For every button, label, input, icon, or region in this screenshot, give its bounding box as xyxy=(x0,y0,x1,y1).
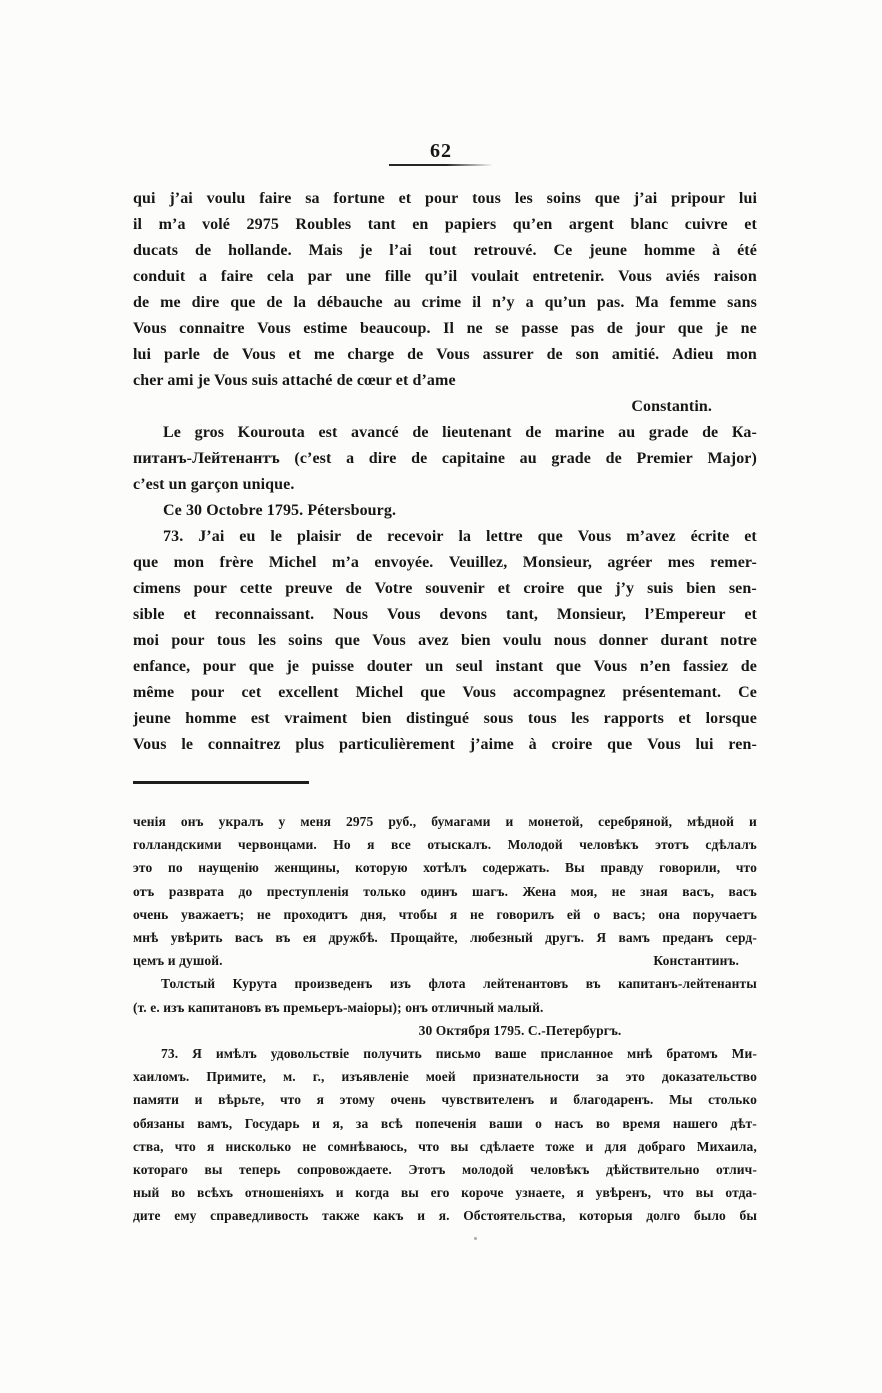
text-line: питанъ-Лейтенантъ(c’estadiredecapitainea… xyxy=(133,446,757,472)
text-line: Vousleconnaitrezplusparticulièrementj’ai… xyxy=(133,732,757,758)
justified-lines: 73.J’aieuleplaisirderecevoirlalettrequeV… xyxy=(133,524,757,758)
text-line: luiparledeVousetmechargedeVousassurerdes… xyxy=(133,342,757,368)
text-line: цемъ и душой. xyxy=(133,949,223,972)
text-line: оченьуважаетъ;непроходитъдня,чтобыянегов… xyxy=(133,903,757,926)
text-line: cimenspourcettepreuvedeVotresouveniretcr… xyxy=(133,576,757,602)
page-header: 62 xyxy=(0,140,882,166)
footnote-para-73-translation: 73.Яимѣлъудовольствіеполучитьписьмовашеп… xyxy=(133,1042,757,1228)
text-line: этопонаущеніюженщины,которуюхотѣлъсодерж… xyxy=(133,856,757,879)
text-line: мнѣувѣритьвасъвъеядружбѣ.Прощайте,любезн… xyxy=(133,926,757,949)
text-line: mêmepourcetexcellentMichelqueVousaccompa… xyxy=(133,680,757,706)
dateline-footnote: 30 Октября 1795. С.-Петербургъ. xyxy=(133,1019,757,1042)
text-line: c’est un garçon unique. xyxy=(133,472,757,498)
text-line: голландскимичервонцами.Ноявсеотыскалъ.Мо… xyxy=(133,833,757,856)
text-line: demedirequedeladébaucheaucrimeiln’yaqu’u… xyxy=(133,290,757,316)
text-line: ныйвовсѣхъотношеніяхъикогдавыегокорочеуз… xyxy=(133,1181,757,1204)
scan-speck xyxy=(474,1237,477,1240)
text-line: conduitafairecelaparunefillequ’ilvoulait… xyxy=(133,264,757,290)
text-line: (т. е. изъ капитановъ въ премьеръ-маіоры… xyxy=(133,996,757,1019)
footnote-para-kourouta: ТолстыйКурутапроизведенъизъфлоталейтенан… xyxy=(133,972,757,1018)
text-line: ства,чтоянискольконесомнѣваюсь,чтовысдѣл… xyxy=(133,1135,757,1158)
text-line: enfance,pourquejepuissedouterunseulinsta… xyxy=(133,654,757,680)
dateline-main: Ce 30 Octobre 1795. Pétersbourg. xyxy=(133,498,757,524)
justified-lines: quij’aivoulufairesafortuneetpourtousless… xyxy=(133,186,757,368)
text-line: ченіяонъукралъуменя2975руб.,бумагамиимон… xyxy=(133,810,757,833)
text-line: ilm’avolé2975Roublestantenpapiersqu’enar… xyxy=(133,212,757,238)
text-line: ducatsdehollande.Maisjel’aitoutretrouvé.… xyxy=(133,238,757,264)
text-line: sibleetreconnaissant.NousVousdevonstant,… xyxy=(133,602,757,628)
paragraph-letter-73: 73.J’aieuleplaisirderecevoirlalettrequeV… xyxy=(133,524,757,758)
text-line: дитеемусправедливостьтакжекакъия.Обстоят… xyxy=(133,1204,757,1227)
text-line: cher ami je Vous suis attaché de cœur et… xyxy=(133,368,757,394)
text-line: ТолстыйКурутапроизведенъизъфлоталейтенан… xyxy=(133,972,757,995)
text-line: jeunehommeestvraimentbiendistinguésousto… xyxy=(133,706,757,732)
text-line: памятиивѣрьте,чтояэтомуоченьчувствителен… xyxy=(133,1088,757,1111)
signature-konstantin: Константинъ. xyxy=(653,949,739,972)
page-number: 62 xyxy=(0,140,882,162)
footnote-text: ченіяонъукралъуменя2975руб.,бумагамиимон… xyxy=(133,810,757,1228)
page-number-rule xyxy=(389,164,493,166)
justified-lines: ченіяонъукралъуменя2975руб.,бумагамиимон… xyxy=(133,810,757,949)
text-line: LegrosKouroutaestavancédelieutenantdemar… xyxy=(133,420,757,446)
text-line: 73.Яимѣлъудовольствіеполучитьписьмовашеп… xyxy=(133,1042,757,1065)
signature-constantin: Constantin. xyxy=(133,394,757,420)
justified-lines: LegrosKouroutaestavancédelieutenantdemar… xyxy=(133,420,757,472)
text-line: quemonfrèreMichelm’aenvoyée.Veuillez,Mon… xyxy=(133,550,757,576)
justified-lines: ТолстыйКурутапроизведенъизъфлоталейтенан… xyxy=(133,972,757,995)
text-line: moipourtouslessoinsqueVousavezbienvoulun… xyxy=(133,628,757,654)
text-line: котораговытеперьсопровождаете.Этотъмолод… xyxy=(133,1158,757,1181)
text-line: quij’aivoulufairesafortuneetpourtousless… xyxy=(133,186,757,212)
text-line: 73.J’aieuleplaisirderecevoirlalettrequeV… xyxy=(133,524,757,550)
main-text: quij’aivoulufairesafortuneetpourtousless… xyxy=(133,186,757,758)
book-page-scan: 62 quij’aivoulufairesafortuneetpourtousl… xyxy=(0,0,882,1393)
footnote-separator-rule xyxy=(133,781,309,784)
text-line: VousconnaitreVousestimebeaucoup.Ilnesepa… xyxy=(133,316,757,342)
paragraph-letter-72-continuation: quij’aivoulufairesafortuneetpourtousless… xyxy=(133,186,757,420)
text-line: хаиломъ.Примите,м.г.,изъявленіемоейпризн… xyxy=(133,1065,757,1088)
justified-lines: 73.Яимѣлъудовольствіеполучитьписьмовашеп… xyxy=(133,1042,757,1228)
paragraph-kourouta: LegrosKouroutaestavancédelieutenantdemar… xyxy=(133,420,757,498)
text-line: обязанывамъ,Государьия,завсѣпопеченіяваш… xyxy=(133,1112,757,1135)
text-line: отъразвратадопреступленіятолькоодинъшагъ… xyxy=(133,880,757,903)
footnote-closing-line: цемъ и душой. Константинъ. xyxy=(133,949,757,972)
footnote-para-72-translation: ченіяонъукралъуменя2975руб.,бумагамиимон… xyxy=(133,810,757,972)
